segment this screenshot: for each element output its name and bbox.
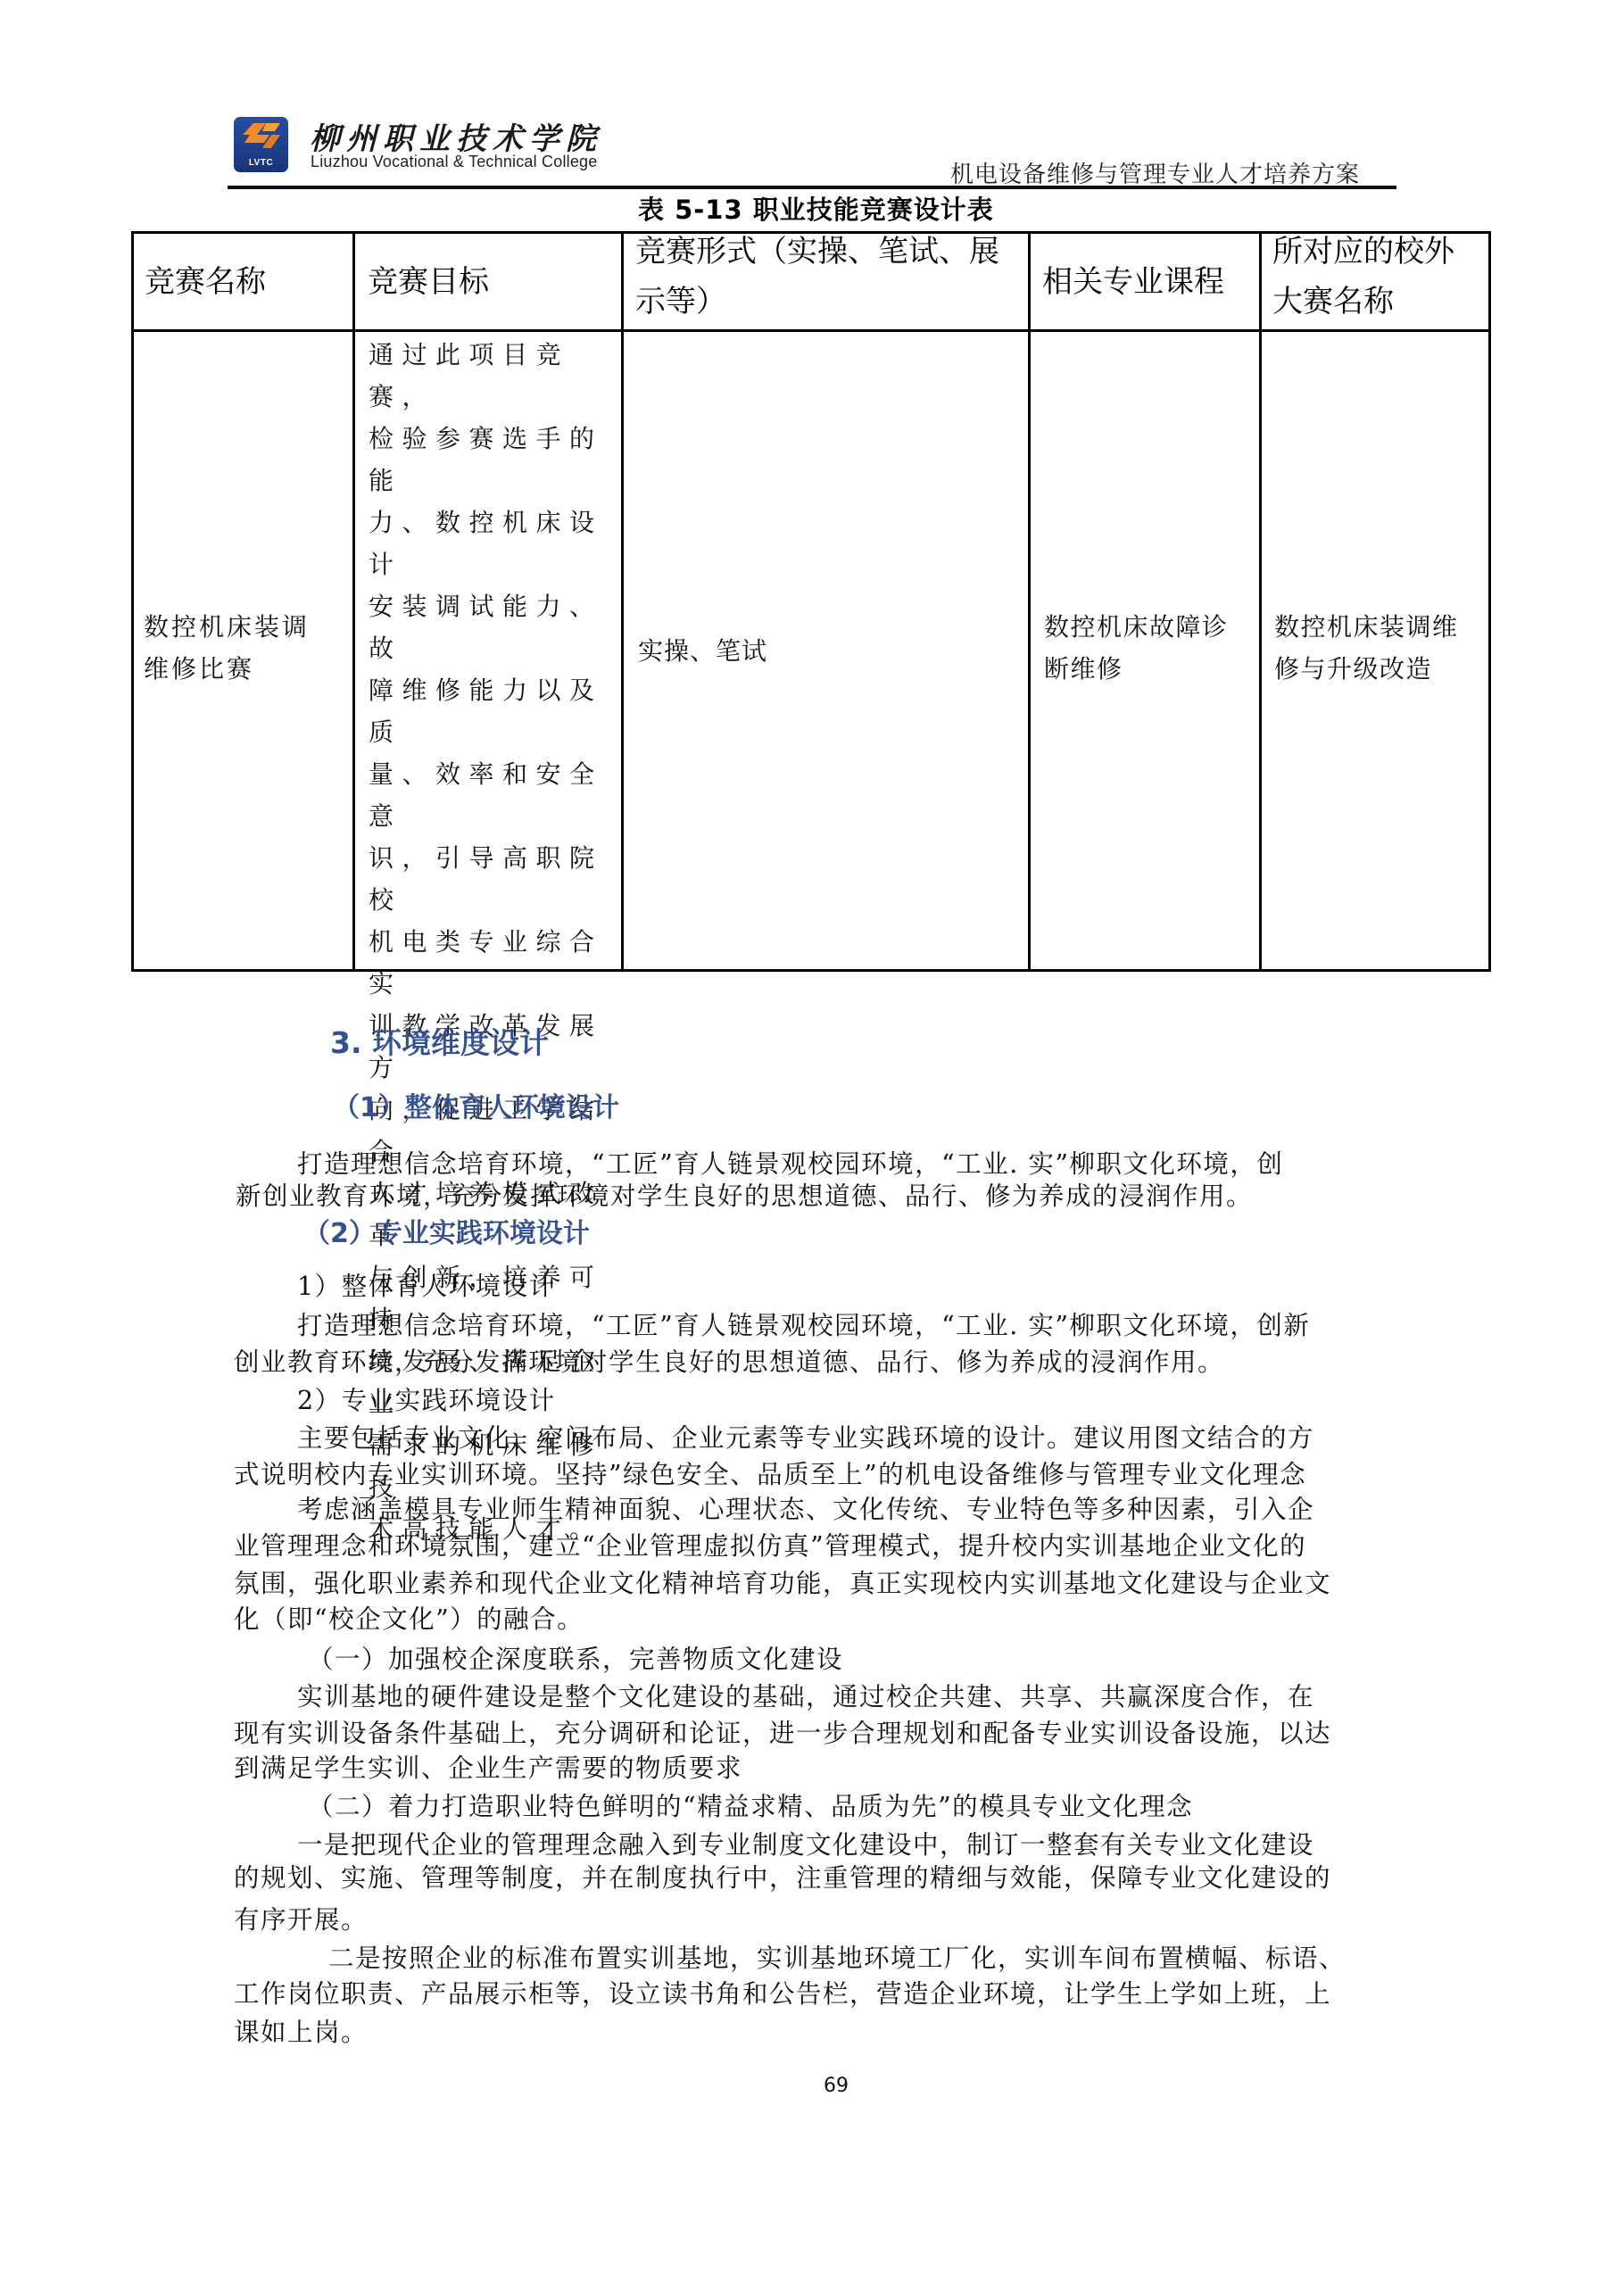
competition-design-table: 竞赛名称 竞赛目标 竞赛形式（实操、笔试、展 示等） 相关专业课程 所对应的校外…: [131, 231, 1491, 972]
school-name-cn: 柳州职业技术学院: [310, 114, 602, 158]
cell-competition-form: 实操、笔试: [638, 630, 1013, 672]
school-name-en: Liuzhou Vocational & Technical College: [311, 153, 597, 171]
subsection-heading-3-2: （2）专业实践环境设计: [303, 1211, 590, 1250]
paragraph-line: （二）着力打造职业特色鲜明的“精益求精、品质为先”的模具专业文化理念: [308, 1786, 1193, 1823]
document-title: 机电设备维修与管理专业人才培养方案: [950, 156, 1360, 189]
paragraph-line: （一）加强校企深度联系，完善物质文化建设: [308, 1639, 843, 1676]
paragraph-line: 1）整体育人环境设计: [297, 1266, 556, 1303]
paragraph-line: 业管理理念和环境氛围，建立“企业管理虚拟仿真”管理模式，提升校内实训基地企业文化…: [234, 1526, 1306, 1562]
column-divider: [352, 234, 355, 969]
paragraph-line: 现有实训设备条件基础上，充分调研和论证，进一步合理规划和配备专业实训设备设施，以…: [234, 1713, 1331, 1750]
paragraph-line: 到满足学生实训、企业生产需要的物质要求: [234, 1748, 742, 1785]
paragraph-line: 打造理想信念培育环境，“工匠”育人链景观校园环境，“工业. 实”柳职文化环境，创…: [297, 1305, 1310, 1342]
column-divider: [1259, 234, 1262, 969]
cell-competition-name: 数控机床装调 维修比赛: [131, 606, 362, 690]
paragraph-line: 工作岗位职责、产品展示柜等，设立读书角和公告栏，营造企业环境，让学生上学如上班，…: [234, 1974, 1331, 2010]
column-header-external-contest: 所对应的校外 大赛名称: [1272, 227, 1487, 327]
table-caption: 表 5-13 职业技能竞赛设计表: [638, 190, 994, 227]
subsection-heading-3-1: （1）整体育人环境设计: [333, 1085, 619, 1124]
paragraph-line: 打造理想信念培育环境，“工匠”育人链景观校园环境，“工业. 实”柳职文化环境，创: [297, 1144, 1283, 1181]
paragraph-line: 考虑涵盖模具专业师生精神面貌、心理状态、文化传统、专业特色等多种因素，引入企: [297, 1489, 1314, 1526]
header-row-divider: [134, 329, 1488, 332]
paragraph-line: 新创业教育环境，充分发挥环境对学生良好的思想道德、品行、修为养成的浸润作用。: [236, 1176, 1253, 1213]
paragraph-line: 主要包括专业文化、空间布局、企业元素等专业实践环境的设计。建议用图文结合的方: [297, 1418, 1314, 1455]
column-header-course: 相关专业课程: [1042, 257, 1256, 307]
column-header-name: 竞赛名称: [145, 257, 345, 307]
paragraph-line: 2）专业实践环境设计: [297, 1380, 556, 1417]
paragraph-line: 一是把现代企业的管理理念融入到专业制度文化建设中，制订一整套有关专业文化建设: [297, 1825, 1314, 1861]
paragraph-line: 实训基地的硬件建设是整个文化建设的基础，通过校企共建、共享、共赢深度合作，在: [297, 1677, 1314, 1713]
header-divider: [228, 186, 1396, 189]
column-header-form: 竞赛形式（实操、笔试、展 示等）: [635, 227, 1028, 327]
paragraph-line: 创业教育环境，充分发挥环境对学生良好的思想道德、品行、修为养成的浸润作用。: [234, 1342, 1224, 1379]
logo-text: LVTC: [234, 158, 288, 168]
paragraph-line: 二是按照企业的标准布置实训基地，实训基地环境工厂化，实训车间布置横幅、标语、: [328, 1938, 1346, 1975]
cell-related-course: 数控机床故障诊 断维修: [1044, 606, 1258, 690]
column-header-goal: 竞赛目标: [368, 257, 617, 307]
paragraph-line: 课如上岗。: [234, 2012, 368, 2049]
page-number: 69: [824, 2075, 849, 2097]
paragraph-line: 的规划、实施、管理等制度，并在制度执行中，注重管理的精细与效能，保障专业文化建设…: [234, 1858, 1331, 1894]
paragraph-line: 有序开展。: [234, 1900, 368, 1936]
column-divider: [1028, 234, 1031, 969]
paragraph-line: 式说明校内专业实训环境。坚持”绿色安全、品质至上”的机电设备维修与管理专业文化理…: [234, 1455, 1306, 1491]
paragraph-line: 化（即“校企文化”）的融合。: [234, 1599, 584, 1636]
college-logo: LVTC: [234, 117, 288, 172]
paragraph-line: 氛围，强化职业素养和现代企业文化精神培育功能，真正实现校内实训基地文化建设与企业…: [234, 1563, 1331, 1600]
cell-external-contest: 数控机床装调维 修与升级改造: [1274, 606, 1488, 690]
lvtc-emblem-icon: [239, 121, 283, 152]
section-heading-3: 3. 环境维度设计: [330, 1020, 549, 1062]
